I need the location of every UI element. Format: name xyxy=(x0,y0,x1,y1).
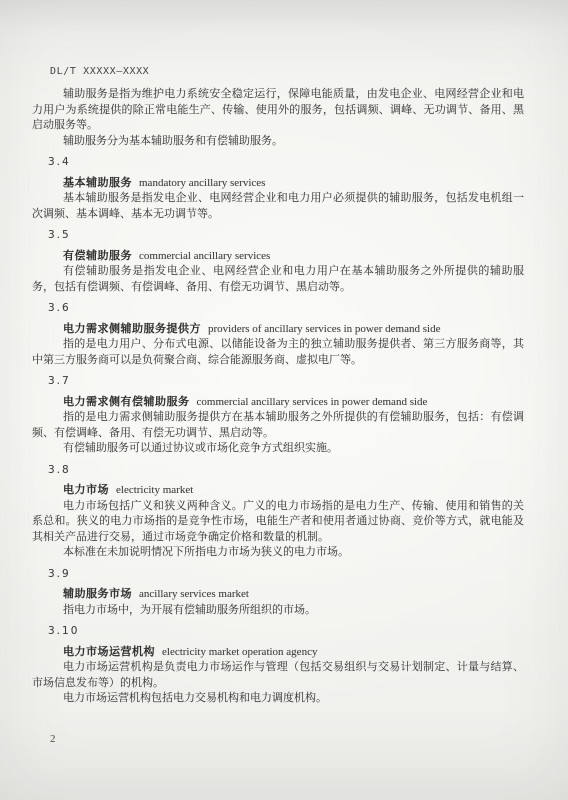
section-3-6: 3.6 电力需求侧辅助服务提供方providers of ancillary s… xyxy=(32,301,524,368)
term-heading: 电力市场electricity market xyxy=(63,483,524,499)
section-number: 3.8 xyxy=(48,463,524,479)
definition-paragraph: 基本辅助服务是指发电企业、电网经营企业和电力用户必须提供的辅助服务，包括发电机组… xyxy=(32,191,524,222)
document-page: DL/T XXXXX—XXXX 辅助服务是指为维护电力系统安全稳定运行，保障电能… xyxy=(0,0,568,800)
term-chinese: 电力需求侧辅助服务提供方 xyxy=(63,323,201,335)
definition-paragraph: 电力市场运营机构包括电力交易机构和电力调度机构。 xyxy=(32,691,524,707)
term-heading: 电力需求侧辅助服务提供方providers of ancillary servi… xyxy=(63,322,524,338)
intro-paragraph-1: 辅助服务是指为维护电力系统安全稳定运行，保障电能质量，由发电企业、电网经营企业和… xyxy=(32,87,524,134)
section-number: 3.5 xyxy=(48,228,524,244)
term-heading: 基本辅助服务mandatory ancillary services xyxy=(63,176,524,192)
definition-paragraph: 指电力市场中，为开展有偿辅助服务所组织的市场。 xyxy=(32,603,524,619)
section-3-8: 3.8 电力市场electricity market 电力市场包括广义和狭义两种… xyxy=(32,463,524,561)
definition-paragraph: 有偿辅助服务是指发电企业、电网经营企业和电力用户在基本辅助服务之外所提供的辅助服… xyxy=(32,264,524,295)
definition-paragraph: 有偿辅助服务可以通过协议或市场化竞争方式组织实施。 xyxy=(32,441,524,457)
section-number: 3.6 xyxy=(48,301,524,317)
term-chinese: 电力市场运营机构 xyxy=(63,646,155,658)
term-chinese: 有偿辅助服务 xyxy=(63,250,132,262)
section-number: 3.10 xyxy=(48,624,524,640)
term-english: mandatory ancillary services xyxy=(139,177,265,189)
definition-paragraph: 电力市场包括广义和狭义两种含义。广义的电力市场指的是电力生产、传输、使用和销售的… xyxy=(32,499,524,546)
section-3-4: 3.4 基本辅助服务mandatory ancillary services 基… xyxy=(32,155,524,222)
term-chinese: 电力市场 xyxy=(63,484,109,496)
term-english: electricity market operation agency xyxy=(162,646,317,658)
term-english: commercial ancillary services in power d… xyxy=(197,396,428,408)
intro-paragraph-2: 辅助服务分为基本辅助服务和有偿辅助服务。 xyxy=(32,134,524,150)
term-english: commercial ancillary services xyxy=(139,250,270,262)
term-heading: 电力需求侧有偿辅助服务commercial ancillary services… xyxy=(63,395,524,411)
section-3-9: 3.9 辅助服务市场ancillary services market 指电力市… xyxy=(32,567,524,619)
term-heading: 辅助服务市场ancillary services market xyxy=(63,587,524,603)
section-3-5: 3.5 有偿辅助服务commercial ancillary services … xyxy=(32,228,524,295)
document-number-header: DL/T XXXXX—XXXX xyxy=(50,66,149,77)
section-number: 3.9 xyxy=(48,567,524,583)
term-chinese: 基本辅助服务 xyxy=(63,177,132,189)
document-body: 辅助服务是指为维护电力系统安全稳定运行，保障电能质量，由发电企业、电网经营企业和… xyxy=(32,87,524,707)
term-chinese: 辅助服务市场 xyxy=(63,588,132,600)
term-chinese: 电力需求侧有偿辅助服务 xyxy=(63,396,190,408)
term-english: providers of ancillary services in power… xyxy=(208,323,440,335)
definition-paragraph: 指的是电力需求侧辅助服务提供方在基本辅助服务之外所提供的有偿辅助服务，包括：有偿… xyxy=(32,410,524,441)
section-number: 3.7 xyxy=(48,374,524,390)
section-number: 3.4 xyxy=(48,155,524,171)
term-english: ancillary services market xyxy=(139,588,249,600)
definition-paragraph: 电力市场运营机构是负责电力市场运作与管理（包括交易组织与交易计划制定、计量与结算… xyxy=(32,660,524,691)
definition-paragraph: 指的是电力用户、分布式电源、以储能设备为主的独立辅助服务提供者、第三方服务商等，… xyxy=(32,337,524,368)
definition-paragraph: 本标准在未加说明情况下所指电力市场为狭义的电力市场。 xyxy=(32,545,524,561)
section-3-7: 3.7 电力需求侧有偿辅助服务commercial ancillary serv… xyxy=(32,374,524,457)
page-number: 2 xyxy=(50,733,56,745)
term-heading: 有偿辅助服务commercial ancillary services xyxy=(63,249,524,265)
section-3-10: 3.10 电力市场运营机构electricity market operatio… xyxy=(32,624,524,707)
term-heading: 电力市场运营机构electricity market operation age… xyxy=(63,645,524,661)
term-english: electricity market xyxy=(116,484,193,496)
